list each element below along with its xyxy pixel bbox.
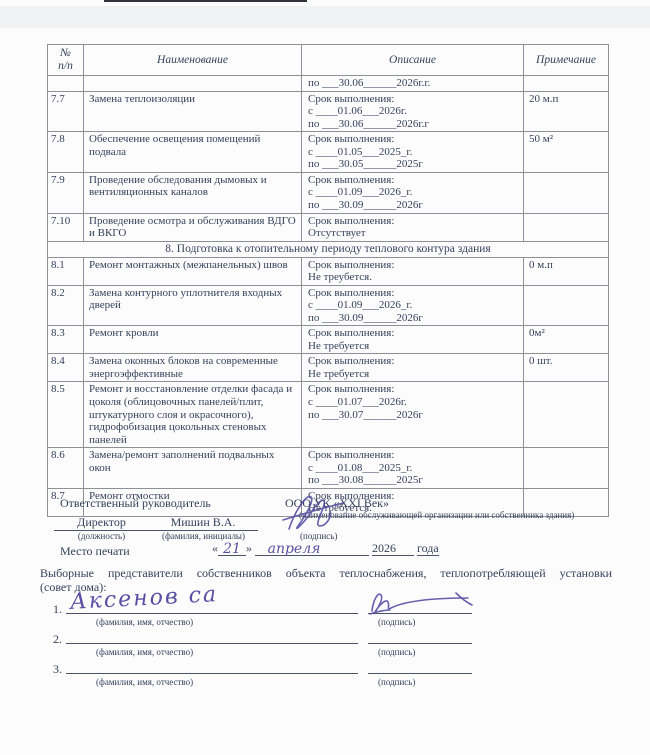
row-desc: Срок выполнения:с ____01.07___2026г.по _…	[302, 382, 524, 448]
row-desc: Срок выполнения:Не треубется.	[302, 257, 524, 285]
date-blank	[333, 541, 369, 556]
row-name: Замена теплоизоляции	[84, 91, 302, 132]
row-name: Замена/ремонт заполнений подвальных окон	[84, 448, 302, 489]
col-header-desc: Описание	[302, 45, 524, 76]
section-header-row: 8. Подготовка к отопительному периоду те…	[48, 241, 609, 257]
row-number: 8.6	[48, 448, 84, 489]
table-row: 8.3 Ремонт кровли Срок выполнения:Не тре…	[48, 326, 609, 354]
rep-name-hint: (фамилия, имя, отчество)	[96, 617, 193, 627]
row-note	[524, 213, 609, 241]
rep-sign-hint: (подпись)	[378, 647, 415, 657]
table-row: 8.4 Замена оконных блоков на современные…	[48, 354, 609, 382]
rep-number: 1.	[53, 602, 62, 617]
rep1-signature-icon	[360, 589, 476, 616]
row-note	[524, 172, 609, 213]
table-row: по ___30.06______2026г.г.	[48, 76, 609, 92]
representative-row: 3. (фамилия, имя, отчество) (подпись)	[0, 660, 650, 692]
row-note	[524, 382, 609, 448]
col-header-note: Примечание	[524, 45, 609, 76]
row-desc: Срок выполнения:Отсутствует	[302, 213, 524, 241]
responsible-label: Ответственный руководитель	[60, 496, 211, 511]
rep-name-line	[66, 630, 358, 644]
date-day-handwritten: 21	[218, 541, 246, 556]
representatives-paragraph: Выборные представители собственников объ…	[40, 566, 612, 581]
name-hint: (фамилия, инициалы)	[146, 531, 261, 541]
row-note: 50 м²	[524, 132, 609, 173]
date-month-handwritten: апреля	[255, 541, 333, 556]
row-number: 7.7	[48, 91, 84, 132]
rep-sign-hint: (подпись)	[378, 677, 415, 687]
row-name: Замена оконных блоков на современные эне…	[84, 354, 302, 382]
table-row: 7.7 Замена теплоизоляции Срок выполнения…	[48, 91, 609, 132]
table-row: 8.6 Замена/ремонт заполнений подвальных …	[48, 448, 609, 489]
date-blank	[396, 541, 414, 556]
rep-sign-line	[368, 660, 472, 674]
table-header-row: № п/п Наименование Описание Примечание	[48, 45, 609, 76]
rep-name-hint: (фамилия, имя, отчество)	[96, 677, 193, 687]
row-note	[524, 285, 609, 326]
table-row: 7.8 Обеспечение освещения помещений подв…	[48, 132, 609, 173]
table-row: 8.5 Ремонт и восстановление отделки фаса…	[48, 382, 609, 448]
row-desc: Срок выполнения:Не требуется	[302, 326, 524, 354]
row-number: 7.9	[48, 172, 84, 213]
row-name: Ремонт кровли	[84, 326, 302, 354]
row-desc: Срок выполнения:с ____01.06___2026г.по _…	[302, 91, 524, 132]
date-close-quote: »	[246, 541, 252, 555]
row-name: Ремонт монтажных (межпанельных) швов	[84, 257, 302, 285]
rep-number: 3.	[53, 662, 62, 677]
rep-name-hint: (фамилия, имя, отчество)	[96, 647, 193, 657]
section-header: 8. Подготовка к отопительному периоду те…	[48, 241, 609, 257]
row-name: Проведение обследования дымовых и вентил…	[84, 172, 302, 213]
table-row: 7.9 Проведение обследования дымовых и ве…	[48, 172, 609, 213]
table-row: 8.2 Замена контурного уплотнителя входны…	[48, 285, 609, 326]
table-row: 8.1 Ремонт монтажных (межпанельных) швов…	[48, 257, 609, 285]
row-name: Проведение осмотра и обслуживания ВДГО и…	[84, 213, 302, 241]
row-number: 8.1	[48, 257, 84, 285]
rep-sign-line	[368, 630, 472, 644]
date-year: 2026	[372, 541, 396, 556]
row-number: 8.4	[48, 354, 84, 382]
row-number: 8.5	[48, 382, 84, 448]
seal-place-label: Место печати	[60, 544, 130, 559]
col-header-num: № п/п	[48, 45, 84, 76]
col-header-name: Наименование	[84, 45, 302, 76]
rep-name-line	[66, 660, 358, 674]
row-note	[524, 76, 609, 92]
row-desc: Срок выполнения:Не требуется	[302, 354, 524, 382]
position-hint: (должность)	[59, 531, 144, 541]
row-desc: по ___30.06______2026г.г.	[302, 76, 524, 92]
position-field: Директор	[54, 515, 149, 531]
row-number: 7.10	[48, 213, 84, 241]
maintenance-plan-table: № п/п Наименование Описание Примечание п…	[47, 44, 609, 517]
scan-shading-band	[0, 6, 650, 28]
row-note	[524, 448, 609, 489]
row-note: 0 м.п	[524, 257, 609, 285]
date-year-suffix: года	[417, 541, 439, 556]
rep-number: 2.	[53, 632, 62, 647]
scanned-document-page: № п/п Наименование Описание Примечание п…	[0, 0, 650, 755]
row-number: 8.3	[48, 326, 84, 354]
row-desc: Срок выполнения:с ____01.08___2025_г.по …	[302, 448, 524, 489]
row-name: Замена контурного уплотнителя входных дв…	[84, 285, 302, 326]
row-desc: Срок выполнения:с ____01.09___2026_г.по …	[302, 172, 524, 213]
row-number: 8.2	[48, 285, 84, 326]
row-note: 0м²	[524, 326, 609, 354]
representative-row: 2. (фамилия, имя, отчество) (подпись)	[0, 630, 650, 662]
row-number	[48, 76, 84, 92]
row-desc: Срок выполнения:с ____01.05___2025_г.по …	[302, 132, 524, 173]
row-note: 0 шт.	[524, 354, 609, 382]
row-number: 7.8	[48, 132, 84, 173]
row-name	[84, 76, 302, 92]
name-field: Мишин В.А.	[148, 515, 258, 531]
row-desc: Срок выполнения:с ____01.09___2026_г.по …	[302, 285, 524, 326]
date-line: «21» апреля 2026 года	[212, 541, 439, 556]
director-signature-icon	[279, 489, 347, 537]
rep-sign-hint: (подпись)	[378, 617, 415, 627]
row-name: Обеспечение освещения помещений подвала	[84, 132, 302, 173]
table-row: 7.10 Проведение осмотра и обслуживания В…	[48, 213, 609, 241]
director-sign-hint: (подпись)	[300, 531, 337, 541]
scan-edge-artifact	[104, 0, 307, 2]
row-note: 20 м.п	[524, 91, 609, 132]
row-name: Ремонт и восстановление отделки фасада и…	[84, 382, 302, 448]
